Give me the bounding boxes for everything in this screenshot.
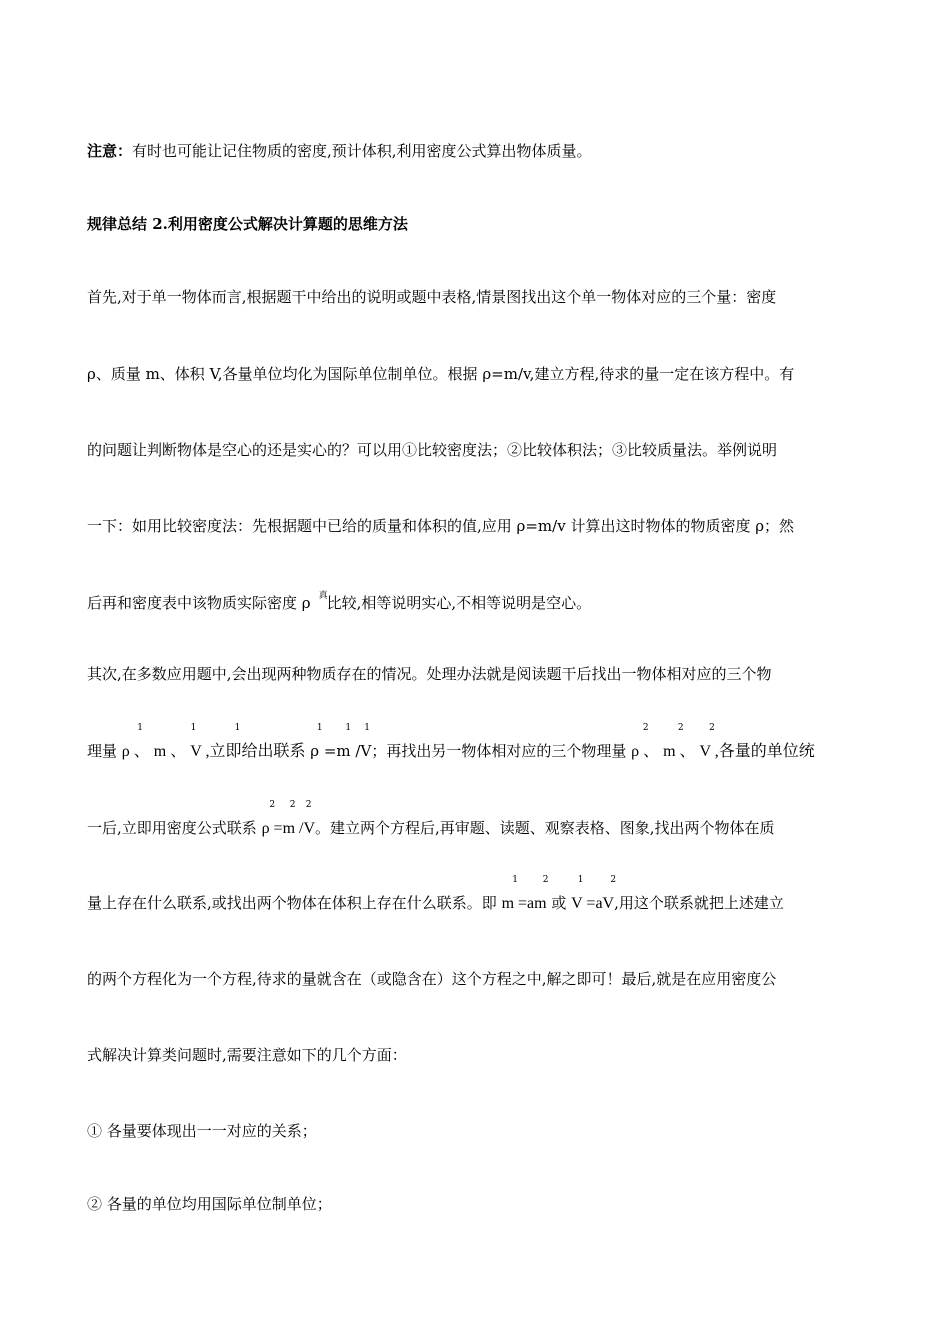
paragraph2-line6: 式解决计算类问题时,需要注意如下的几个方面：	[87, 1045, 407, 1065]
section-title: 规律总结 2.利用密度公式解决计算题的思维方法	[87, 214, 408, 234]
sub-index: 1	[317, 723, 323, 733]
note-label: 注意：	[87, 142, 132, 160]
paragraph2-line2: 理量 ρ 、 m 、 V ,立即给出联系 1 1 1 ρ =m /V；再找出另一…	[87, 741, 815, 762]
line5-text-a: 后再和密度表中该物质实际密度 ρ	[87, 594, 311, 612]
sub-index: 2	[543, 875, 549, 885]
section-title-text: 利用密度公式解决计算题的思维方法	[168, 215, 408, 233]
formula-text: m =am	[502, 895, 547, 912]
formula-text: ρ 、 m 、 V ,立即给出联系	[122, 743, 306, 760]
sub-index: 2	[643, 723, 649, 733]
list-item: ② 各量的单位均用国际单位制单位；	[87, 1194, 332, 1214]
formula-text: ρ =m /V	[262, 820, 315, 837]
sub-index: 2	[269, 800, 275, 810]
formula-v1-av2: V =aV 1 2	[571, 893, 614, 914]
sub-index: 1	[191, 723, 197, 733]
formula-rho1-eq: ρ =m /V；再找出另一物体相对应的三个物理量 1 1 1	[310, 741, 626, 761]
paragraph2-line3: 一后,立即用密度公式联系 ρ =m /V 2 2 2 。建立两个方程后,再审题、…	[87, 818, 775, 839]
line4-text-a: 量上存在什么联系,或找出两个物体在体积上存在什么联系。即	[87, 894, 497, 912]
paragraph1-line2: ρ、质量 m、体积 V,各量单位均化为国际单位制单位。根据 ρ=m/v,建立方程…	[87, 364, 794, 384]
formula-text: ρ =m /V；再找出另一物体相对应的三个物理量	[310, 742, 626, 760]
sub-index: 2	[709, 723, 715, 733]
paragraph2-line1: 其次,在多数应用题中,会出现两种物质存在的情况。处理办法就是阅读题干后找出一物体…	[87, 664, 772, 684]
sub-index: 1	[512, 875, 518, 885]
sub-index: 2	[290, 800, 296, 810]
formula-m1-am2: m =am 1 2	[502, 893, 547, 914]
sub-index: 1	[235, 723, 241, 733]
paragraph2-line5: 的两个方程化为一个方程,待求的量就含在（或隐含在）这个方程之中,解之即可！最后,…	[87, 969, 776, 989]
formula-text: V =aV	[571, 895, 614, 912]
section-title-number: 2.	[152, 215, 168, 233]
sub-index: 1	[578, 875, 584, 885]
paragraph1-line1: 首先,对于单一物体而言,根据题干中给出的说明或题中表格,情景图找出这个单一物体对…	[87, 287, 776, 307]
formula-rho2-m2-v2: ρ 、 m 、 V ,各量的单位统 2 2 2	[631, 741, 815, 762]
line4-text-or: 或	[551, 894, 566, 912]
subscript-zhen: 真	[319, 586, 328, 606]
line3-text-c: 。建立两个方程后,再审题、读题、观察表格、图象,找出两个物体在质	[315, 819, 775, 837]
line3-text-a: 一后,立即用密度公式联系	[87, 819, 257, 837]
sub-index: 2	[306, 800, 312, 810]
sub-index: 1	[364, 723, 370, 733]
paragraph2-line4: 量上存在什么联系,或找出两个物体在体积上存在什么联系。即 m =am 1 2 或…	[87, 893, 784, 914]
sub-index: 2	[610, 875, 616, 885]
line2-text-a: 理量	[87, 742, 117, 760]
list-item: ① 各量要体现出一一对应的关系；	[87, 1121, 317, 1141]
paragraph1-line4: 一下：如用比较密度法：先根据题中已给的质量和体积的值,应用 ρ=m/v 计算出这…	[87, 516, 794, 536]
formula-rho1-m1-v1: ρ 、 m 、 V ,立即给出联系 1 1 1	[122, 741, 306, 762]
paragraph1-line5: 后再和密度表中该物质实际密度 ρ真比较,相等说明实心,不相等说明是空心。	[87, 593, 591, 613]
note-line: 注意：有时也可能让记住物质的密度,预计体积,利用密度公式算出物体质量。	[87, 141, 592, 161]
line4-text-e: ,用这个联系就把上述建立	[614, 894, 784, 912]
section-title-prefix: 规律总结	[87, 215, 147, 233]
note-text: 有时也可能让记住物质的密度,预计体积,利用密度公式算出物体质量。	[132, 142, 592, 160]
sub-index: 1	[345, 723, 351, 733]
formula-rho2-eq: ρ =m /V 2 2 2	[262, 818, 315, 839]
sub-index: 2	[678, 723, 684, 733]
paragraph1-line3: 的问题让判断物体是空心的还是实心的？可以用①比较密度法；②比较体积法；③比较质量…	[87, 440, 777, 460]
formula-text: ρ 、 m 、 V ,各量的单位统	[631, 743, 815, 760]
line5-text-b: 比较,相等说明实心,不相等说明是空心。	[327, 594, 592, 612]
sub-index: 1	[137, 723, 143, 733]
